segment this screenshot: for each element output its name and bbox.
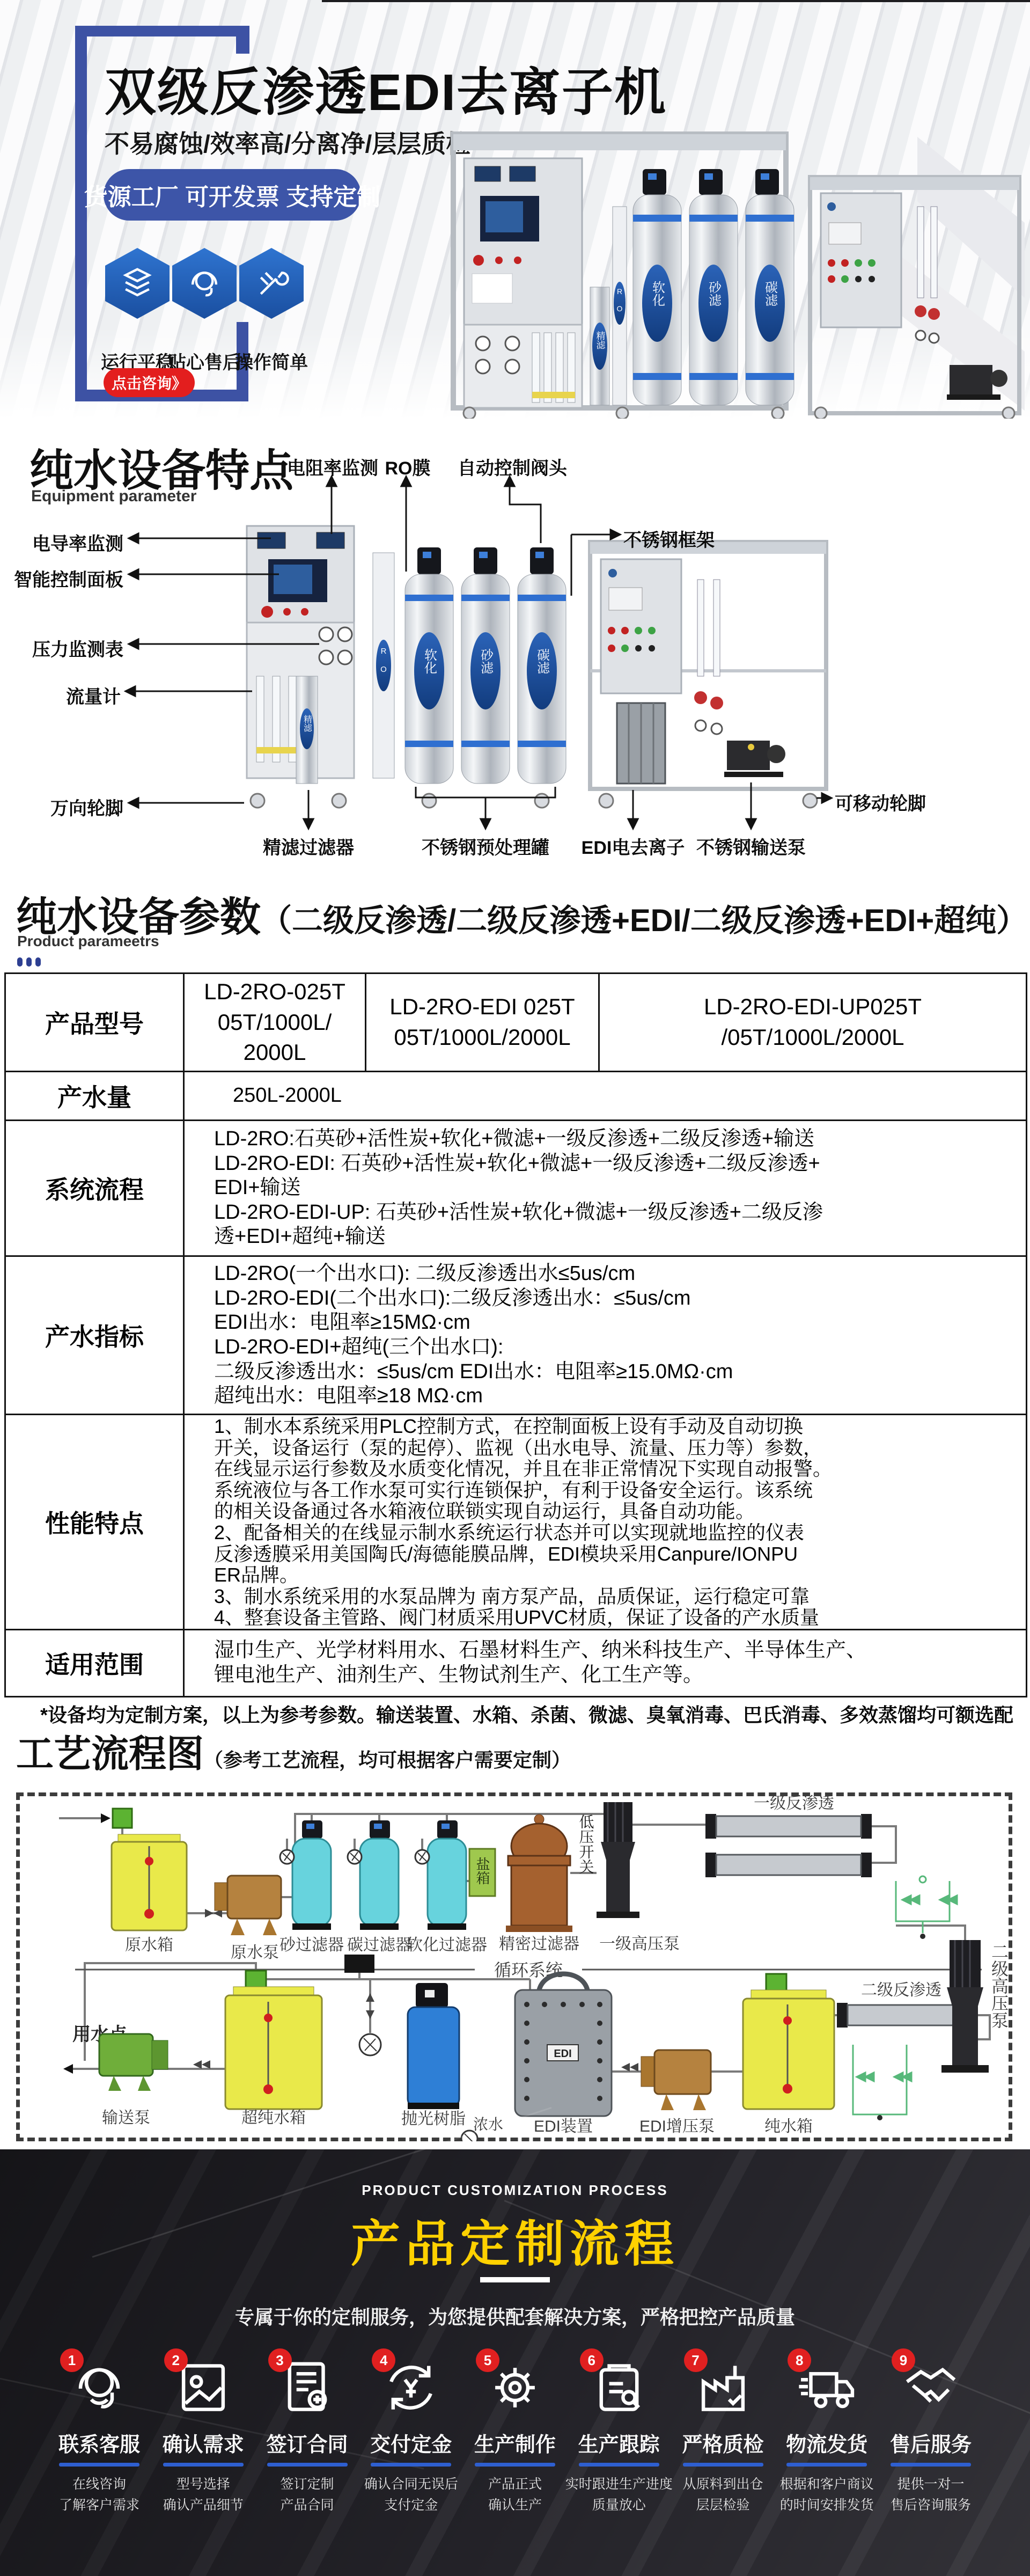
svg-text:原水泵: 原水泵 xyxy=(231,1944,279,1962)
step-number: 4 xyxy=(372,2348,395,2372)
step-desc: 提供一对一售后咨询服务 xyxy=(891,2474,971,2516)
capacity-value: 250L-2000L xyxy=(185,1072,1026,1119)
step-underline xyxy=(891,2463,971,2467)
svg-text:R O: R O xyxy=(379,647,388,674)
step-underline xyxy=(371,2463,451,2467)
step-underline xyxy=(579,2463,659,2467)
flow-title: 工艺流程图（参考工艺流程，均可根据客户需要定制） xyxy=(16,1724,571,1778)
step-underline xyxy=(59,2463,139,2467)
consult-button[interactable]: 点击咨询》 xyxy=(104,368,195,397)
step-contract: 3 签订合同 签订定制产品合同 xyxy=(259,2356,356,2516)
table-row-capacity: 产水量 250L-2000L xyxy=(6,1071,1026,1119)
svg-text:纯水箱: 纯水箱 xyxy=(764,2118,813,2135)
hero-section: 双级反渗透EDI去离子机 不易腐蚀/效率高/分离净/层层质检 货源工厂 可开发票… xyxy=(0,0,1030,419)
flow-title-main: 工艺流程图 xyxy=(16,1733,204,1775)
step-number: 5 xyxy=(476,2348,499,2372)
step-underline xyxy=(267,2463,348,2467)
process-steps: 1 联系客服 在线咨询了解客户需求 2 确认需求 型号选择确认产品细节 xyxy=(51,2356,979,2516)
table-row-quality: 产水指标 LD-2RO(一个出水口): 二级反渗透出水≤5us/cm LD-2R… xyxy=(6,1255,1026,1414)
headset-icon xyxy=(172,248,237,319)
custom-title: 产品定制流程 xyxy=(0,2205,1030,2275)
callout-pressure-gauge: 压力监测表 xyxy=(16,635,123,661)
flow-title-paren: （参考工艺流程，均可根据客户需要定制） xyxy=(204,1749,571,1771)
step-title: 严格质检 xyxy=(682,2428,763,2457)
step-title: 生产制作 xyxy=(474,2428,556,2457)
step-deposit: 4 交付定金 确认合同无误后支付定金 xyxy=(363,2356,459,2516)
page-title: 双级反渗透EDI去离子机 xyxy=(105,52,856,125)
row-header: 系统流程 xyxy=(6,1121,185,1255)
step-desc: 产品正式确认生产 xyxy=(488,2474,542,2516)
svg-text:抛光树脂: 抛光树脂 xyxy=(401,2110,466,2128)
truck-icon: 8 xyxy=(795,2356,858,2419)
table-row-features: 性能特点 1、制水本系统采用PLC控制方式，在控制面板上设有手动及自动切换 开关… xyxy=(6,1414,1026,1629)
spec-table: 产品型号 LD-2RO-025T 05T/1000L/ 2000L LD-2RO… xyxy=(4,972,1027,1697)
step-title: 售后服务 xyxy=(890,2428,972,2457)
step-number: 8 xyxy=(788,2348,811,2372)
step-number: 6 xyxy=(580,2348,604,2372)
svg-text:EDI装置: EDI装置 xyxy=(534,2118,593,2135)
svg-text:EDI增压泵: EDI增压泵 xyxy=(639,2118,715,2135)
step-title: 生产跟踪 xyxy=(578,2428,660,2457)
step-desc: 型号选择确认产品细节 xyxy=(163,2474,244,2516)
step-title: 签订合同 xyxy=(266,2428,348,2457)
hero-feature-1 xyxy=(105,248,170,319)
svg-text:碳过滤器: 碳过滤器 xyxy=(347,1936,411,1954)
step-title: 物流发货 xyxy=(786,2428,867,2457)
callout-edi-module: EDI电去离子 xyxy=(574,833,692,859)
step-number: 1 xyxy=(60,2348,84,2372)
svg-text:软化: 软化 xyxy=(422,648,437,674)
requirements-icon: 2 xyxy=(172,2356,235,2419)
product-photo: 精滤 R O 软化 砂滤 xyxy=(445,126,1025,419)
inspection-icon: 7 xyxy=(691,2356,755,2419)
applications-value: 湿巾生产、光学材料用水、石墨材料生产、纳米科技生产、半导体生产、 锂电池生产、油… xyxy=(185,1630,1026,1696)
params-subtitle-en: Product parameetrs xyxy=(17,933,159,950)
svg-text:二级反渗透: 二级反渗透 xyxy=(861,1981,941,1999)
row-header: 产品型号 xyxy=(6,974,185,1071)
step-requirements: 2 确认需求 型号选择确认产品细节 xyxy=(155,2356,252,2516)
frame-accent-top xyxy=(75,26,249,36)
tracking-icon: 6 xyxy=(587,2356,651,2419)
callout-resistivity: 电阻率监测 xyxy=(279,453,386,480)
step-number: 9 xyxy=(892,2348,915,2372)
step-tracking: 6 生产跟踪 实时跟进生产进度质量放心 xyxy=(571,2356,667,2516)
step-desc: 签订定制产品合同 xyxy=(280,2474,334,2516)
table-row-applications: 适用范围 湿巾生产、光学材料用水、石墨材料生产、纳米科技生产、半导体生产、 锂电… xyxy=(6,1629,1026,1696)
model-cell-3: LD-2RO-EDI-UP025T /05T/1000L/2000L xyxy=(600,974,1026,1071)
step-underline xyxy=(475,2463,555,2467)
model-cell-1: LD-2RO-025T 05T/1000L/ 2000L xyxy=(185,974,366,1071)
svg-text:碳滤: 碳滤 xyxy=(535,648,550,674)
step-inspection: 7 严格质检 从原料到出仓层层检验 xyxy=(675,2356,771,2516)
step-title: 联系客服 xyxy=(58,2428,140,2457)
model-cell-2: LD-2RO-EDI 025T 05T/1000L/2000L xyxy=(366,974,600,1071)
layers-icon xyxy=(105,248,170,319)
callout-transfer-pump: 不锈钢输送泵 xyxy=(692,833,810,859)
svg-text:输送泵: 输送泵 xyxy=(102,2109,150,2127)
flow-diagram: 原水箱 原水泵 砂过滤器 碳过滤器 xyxy=(16,1792,1012,2141)
svg-text:砂滤: 砂滤 xyxy=(707,281,722,306)
table-row-model: 产品型号 LD-2RO-025T 05T/1000L/ 2000L LD-2RO… xyxy=(6,974,1026,1071)
quality-value: LD-2RO(一个出水口): 二级反渗透出水≤5us/cm LD-2RO-EDI… xyxy=(185,1257,1026,1414)
svg-text:软化过滤器: 软化过滤器 xyxy=(407,1936,487,1954)
svg-text:一级反渗透: 一级反渗透 xyxy=(754,1795,834,1812)
callout-ro-membrane: RO膜 xyxy=(376,453,440,480)
callout-movable-caster: 可移动轮脚 xyxy=(835,789,963,815)
step-underline xyxy=(683,2463,763,2467)
svg-text:精滤: 精滤 xyxy=(595,331,606,349)
top-divider xyxy=(322,0,1030,2)
svg-text:盐箱: 盐箱 xyxy=(474,1857,490,1885)
step-title: 确认需求 xyxy=(163,2428,244,2457)
page: 双级反渗透EDI去离子机 不易腐蚀/效率高/分离净/层层质检 货源工厂 可开发票… xyxy=(0,0,1030,2576)
headset-icon: 1 xyxy=(68,2356,131,2419)
svg-text:精密过滤器: 精密过滤器 xyxy=(499,1935,579,1953)
callout-precision-filter: 精滤过滤器 xyxy=(255,833,362,859)
svg-text:原水箱: 原水箱 xyxy=(125,1936,173,1954)
deposit-icon: 4 xyxy=(379,2356,443,2419)
svg-text:二级高压泵: 二级高压泵 xyxy=(989,1943,1009,2029)
dots-decoration xyxy=(17,957,41,967)
svg-text:砂过滤器: 砂过滤器 xyxy=(279,1936,344,1954)
step-desc: 实时跟进生产进度质量放心 xyxy=(565,2474,673,2516)
step-production: 5 生产制作 产品正式确认生产 xyxy=(467,2356,563,2516)
svg-text:砂滤: 砂滤 xyxy=(479,648,494,674)
svg-text:一级高压泵: 一级高压泵 xyxy=(599,1935,680,1953)
row-header: 产水量 xyxy=(6,1072,185,1119)
svg-text:碳滤: 碳滤 xyxy=(763,281,778,306)
step-number: 3 xyxy=(268,2348,292,2372)
step-desc: 在线咨询了解客户需求 xyxy=(59,2474,139,2516)
contract-icon: 3 xyxy=(276,2356,339,2419)
callout-auto-valve: 自动控制阀头 xyxy=(448,453,577,480)
hero-feature-3 xyxy=(239,248,304,319)
step-number: 2 xyxy=(164,2348,188,2372)
svg-text:超纯水箱: 超纯水箱 xyxy=(241,2109,306,2127)
process-value: LD-2RO:石英砂+活性炭+软化+微滤+一级反渗透+二级反渗透+输送 LD-2… xyxy=(185,1121,1026,1255)
step-title: 交付定金 xyxy=(370,2428,452,2457)
callout-pretreatment-tanks: 不锈钢预处理罐 xyxy=(416,833,555,859)
step-underline xyxy=(786,2463,867,2467)
step-shipping: 8 物流发货 根据和客户商议的时间安排发货 xyxy=(778,2356,875,2516)
svg-text:EDI: EDI xyxy=(554,2048,571,2060)
params-title: 纯水设备参数（二级反渗透/二级反渗透+EDI/二级反渗透+EDI+超纯） xyxy=(16,884,1027,943)
params-title-paren: （二级反渗透/二级反渗透+EDI/二级反渗透+EDI+超纯） xyxy=(261,903,1027,938)
step-underline xyxy=(163,2463,244,2467)
custom-subtitle: 专属于你的定制服务，为您提供配套解决方案，严格把控产品质量 xyxy=(0,2302,1030,2330)
hero-feature-2 xyxy=(172,248,237,319)
title-underline xyxy=(480,2277,550,2282)
svg-text:低压开关: 低压开关 xyxy=(578,1814,594,1874)
svg-text:R O: R O xyxy=(615,287,624,313)
callout-flow-meter: 流量计 xyxy=(35,682,121,708)
step-desc: 确认合同无误后支付定金 xyxy=(364,2474,458,2516)
callout-control-panel: 智能控制面板 xyxy=(5,565,123,591)
callout-conductivity: 电导率监测 xyxy=(16,529,123,555)
svg-text:软化: 软化 xyxy=(650,281,665,306)
tools-icon xyxy=(239,248,304,319)
step-contact: 1 联系客服 在线咨询了解客户需求 xyxy=(51,2356,148,2516)
callout-universal-caster: 万向轮脚 xyxy=(21,794,123,820)
row-header: 产水指标 xyxy=(6,1257,185,1414)
callout-ss-frame: 不锈钢框架 xyxy=(623,525,752,552)
gear-icon: 5 xyxy=(483,2356,547,2419)
frame-accent-left xyxy=(75,26,87,401)
step-desc: 从原料到出仓层层检验 xyxy=(682,2474,763,2516)
features-value: 1、制水本系统采用PLC控制方式，在控制面板上设有手动及自动切换 开关，设备运行… xyxy=(185,1415,1026,1629)
handshake-icon: 9 xyxy=(899,2356,962,2419)
table-row-process: 系统流程 LD-2RO:石英砂+活性炭+软化+微滤+一级反渗透+二级反渗透+输送… xyxy=(6,1119,1026,1255)
row-header: 适用范围 xyxy=(6,1630,185,1696)
hero-pill: 货源工厂 可开发票 支持定制 xyxy=(104,169,361,221)
step-aftersales: 9 售后服务 提供一对一售后咨询服务 xyxy=(882,2356,979,2516)
svg-text:精滤: 精滤 xyxy=(303,715,312,732)
custom-eyebrow: PRODUCT CUSTOMIZATION PROCESS xyxy=(0,2182,1030,2199)
step-desc: 根据和客户商议的时间安排发货 xyxy=(780,2474,874,2516)
step-number: 7 xyxy=(684,2348,708,2372)
row-header: 性能特点 xyxy=(6,1415,185,1629)
hero-feature-label: 操作简单 xyxy=(229,348,314,374)
